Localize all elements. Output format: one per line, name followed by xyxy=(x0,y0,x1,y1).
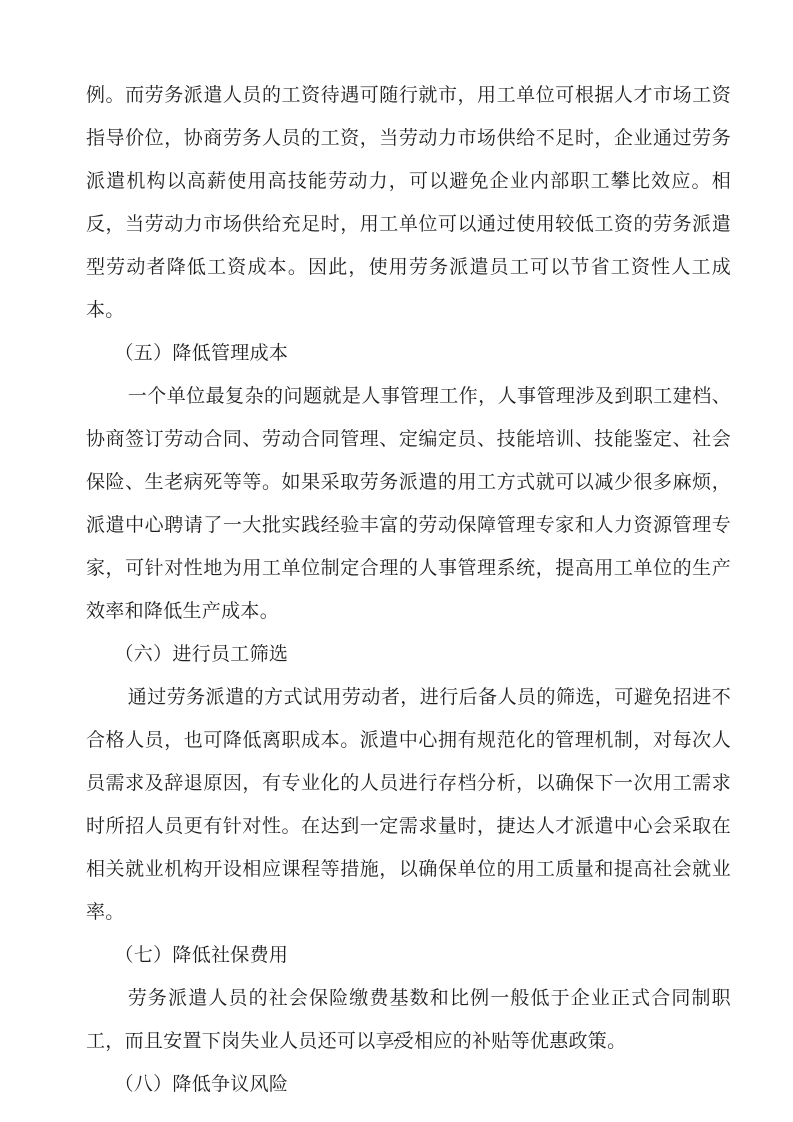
document-body: 例。而劳务派遣人员的工资待遇可随行就市，用工单位可根据人才市场工资指导价位，协商… xyxy=(86,74,731,1106)
page-number: 7 xyxy=(393,1038,400,1053)
section-heading: （六）进行员工筛选 xyxy=(86,633,731,676)
document-page: 例。而劳务派遣人员的工资待遇可随行就市，用工单位可根据人才市场工资指导价位，协商… xyxy=(0,0,793,1122)
page-footer: 7 xyxy=(0,1036,793,1056)
section-heading: （八）降低争议风险 xyxy=(86,1063,731,1106)
paragraph: 例。而劳务派遣人员的工资待遇可随行就市，用工单位可根据人才市场工资指导价位，协商… xyxy=(86,74,731,332)
section-heading: （五）降低管理成本 xyxy=(86,332,731,375)
section-heading: （七）降低社保费用 xyxy=(86,934,731,977)
paragraph: 通过劳务派遣的方式试用劳动者，进行后备人员的筛选，可避免招进不合格人员，也可降低… xyxy=(86,676,731,934)
paragraph: 一个单位最复杂的问题就是人事管理工作，人事管理涉及到职工建档、协商签订劳动合同、… xyxy=(86,375,731,633)
